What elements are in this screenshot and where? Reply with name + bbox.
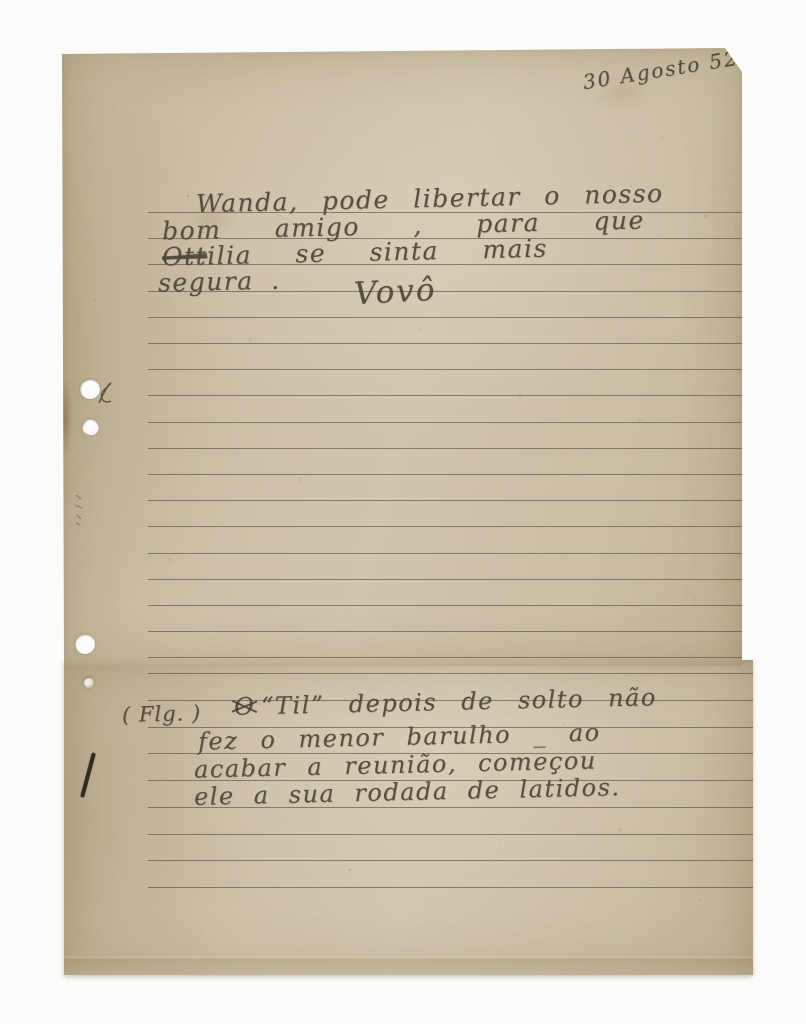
ruled-line [148,369,742,370]
ruled-line [148,673,753,674]
ruled-line [148,500,742,501]
ruled-line [148,887,753,888]
ruled-lines [62,48,742,666]
pen-squiggle-mark [95,373,119,409]
ruled-line [148,448,742,449]
ruled-line [148,395,742,396]
punch-hole [75,634,95,654]
ruled-line [148,317,742,318]
ruled-line [148,553,742,554]
ruled-line [148,579,742,580]
ruled-line [148,631,742,632]
ruled-line [148,860,753,861]
paper-sheet-bottom: ( Flg. ) O“Til” depois de solto não fez … [64,660,753,975]
paper-sheet-top: 30 Agosto 52 Wanda, pode libertar o noss… [62,48,742,666]
ruled-line [148,834,753,835]
signature: Vovô [353,272,437,312]
ruled-line [148,526,742,527]
margin-label: ( Flg. ) [122,701,202,727]
letter-line-4: segura . [158,266,281,298]
ruled-line [148,343,742,344]
ruled-line [148,422,742,423]
scanned-letter: 30 Agosto 52 Wanda, pode libertar o noss… [0,0,806,1024]
ruled-line [148,657,742,658]
ruled-line [148,605,742,606]
punch-hole-small [83,677,94,688]
pen-scratch-marks [72,493,86,527]
scribbled-letter: O [234,692,256,720]
ruled-line [148,474,742,475]
